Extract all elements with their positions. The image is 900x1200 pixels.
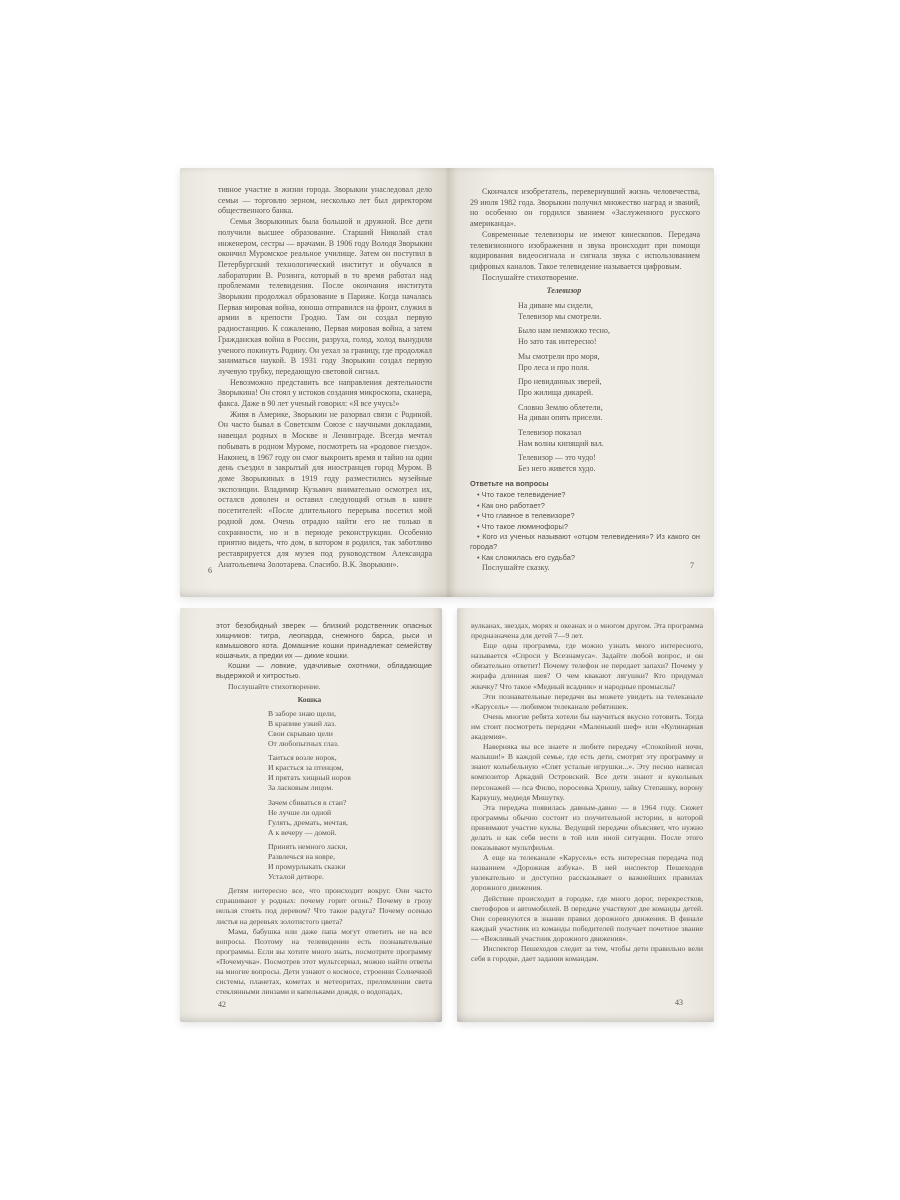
poem-stanza: Зачем сбиваться в стаи? Не лучше ли одно…	[268, 798, 351, 838]
paragraph: этот безобидный зверек — близкий родстве…	[216, 621, 432, 661]
question-item: Как оно работает?	[470, 501, 700, 511]
poem-title: Телевизор	[518, 286, 610, 297]
question-item: Что такое телевидение?	[470, 490, 700, 500]
page-43-text: вулканах, звездах, морях и океанах и о м…	[457, 608, 714, 1022]
page-6-text: тивное участие в жизни города. Зворыкин …	[180, 168, 447, 597]
questions-block: Ответьте на вопросы Что такое телевидени…	[470, 479, 700, 563]
book-page-6: тивное участие в жизни города. Зворыкин …	[180, 168, 447, 597]
paragraph: Семья Зворыкиных была большой и дружной.…	[218, 217, 432, 378]
page-number: 43	[675, 998, 683, 1007]
page-number: 42	[218, 1000, 226, 1009]
paragraph: Эти познавательные передачи вы можете ув…	[471, 692, 703, 712]
poem-stanza: Про невиданных зверей, Про жилища дикаре…	[518, 377, 610, 398]
poem-stanza: Словно Землю облетели, На диван опять пр…	[518, 403, 610, 424]
poem-stanza: Таиться возле норок, И красться за птенц…	[268, 753, 351, 793]
paragraph: Детям интересно все, что происходит вокр…	[216, 886, 432, 926]
task-line: Послушайте стихотворение.	[470, 273, 700, 284]
paragraph: Действие происходит в городке, где много…	[471, 894, 703, 944]
poem-stanza: В заборе знаю щели, В крапиве узкий лаз.…	[268, 709, 351, 749]
poem-stanza: Телевизор — это чудо! Без него живется х…	[518, 453, 610, 474]
paragraph: Невозможно представить все направления д…	[218, 378, 432, 410]
question-item: Что главное в телевизоре?	[470, 511, 700, 521]
page-number: 6	[208, 566, 212, 575]
question-item: Как сложилась его судьба?	[470, 553, 700, 563]
paragraph: Наверняка вы все знаете и любите передач…	[471, 742, 703, 803]
poem-stanza: Телевизор показал Нам волны кипящий вал.	[518, 428, 610, 449]
paragraph: Очень многие ребята хотели бы научиться …	[471, 712, 703, 742]
book-page-42: этот безобидный зверек — близкий родстве…	[180, 608, 442, 1022]
page-7-text: Скончался изобретатель, перевернувший жи…	[447, 168, 714, 597]
paragraph: Кошки — ловкие, удачливые охотники, обла…	[216, 661, 432, 681]
page-number: 7	[690, 561, 694, 570]
paragraph: А еще на телеканале «Карусель» есть инте…	[471, 853, 703, 893]
poem-koshka: Кошка В заборе знаю щели, В крапиве узки…	[268, 695, 351, 883]
paragraph: тивное участие в жизни города. Зворыкин …	[218, 185, 432, 217]
page-42-text: этот безобидный зверек — близкий родстве…	[180, 608, 442, 1022]
paragraph: Мама, бабушка или даже папа могут ответи…	[216, 927, 432, 998]
book-spread-top: тивное участие в жизни города. Зворыкин …	[180, 168, 714, 597]
paragraph: Еще одна программа, где можно узнать мно…	[471, 641, 703, 691]
paragraph: Скончался изобретатель, перевернувший жи…	[470, 187, 700, 230]
poem-stanza: На диване мы сидели, Телевизор мы смотре…	[518, 301, 610, 322]
poem-televizor: Телевизор На диване мы сидели, Телевизор…	[518, 286, 610, 475]
poem-stanza: Было нам немножко тесно, Но зато так инт…	[518, 326, 610, 347]
paragraph: вулканах, звездах, морях и океанах и о м…	[471, 621, 703, 641]
question-item: Кого из ученых называют «отцом телевиден…	[470, 532, 700, 553]
questions-heading: Ответьте на вопросы	[470, 479, 700, 489]
task-line: Послушайте сказку.	[470, 563, 700, 574]
poem-stanza: Принять немного ласки, Развлечься на ков…	[268, 842, 351, 882]
paragraph: Эта передача появилась давным-давно — в …	[471, 803, 703, 853]
book-page-7: Скончался изобретатель, перевернувший жи…	[447, 168, 714, 597]
photo-of-open-books: { "colors": { "background": "#ffffff", "…	[0, 0, 900, 1200]
task-line: Послушайте стихотворение.	[216, 682, 432, 692]
paragraph: Инспектор Пешеходов следит за тем, чтобы…	[471, 944, 703, 964]
book-page-43: вулканах, звездах, морях и океанах и о м…	[457, 608, 714, 1022]
question-item: Что такое люминофоры?	[470, 522, 700, 532]
poem-stanza: Мы смотрели про моря, Про леса и про пол…	[518, 352, 610, 373]
paragraph: Живя в Америке, Зворыкин не разорвал свя…	[218, 410, 432, 571]
paragraph: Современные телевизоры не имеют кинескоп…	[470, 230, 700, 273]
poem-title: Кошка	[268, 695, 351, 705]
